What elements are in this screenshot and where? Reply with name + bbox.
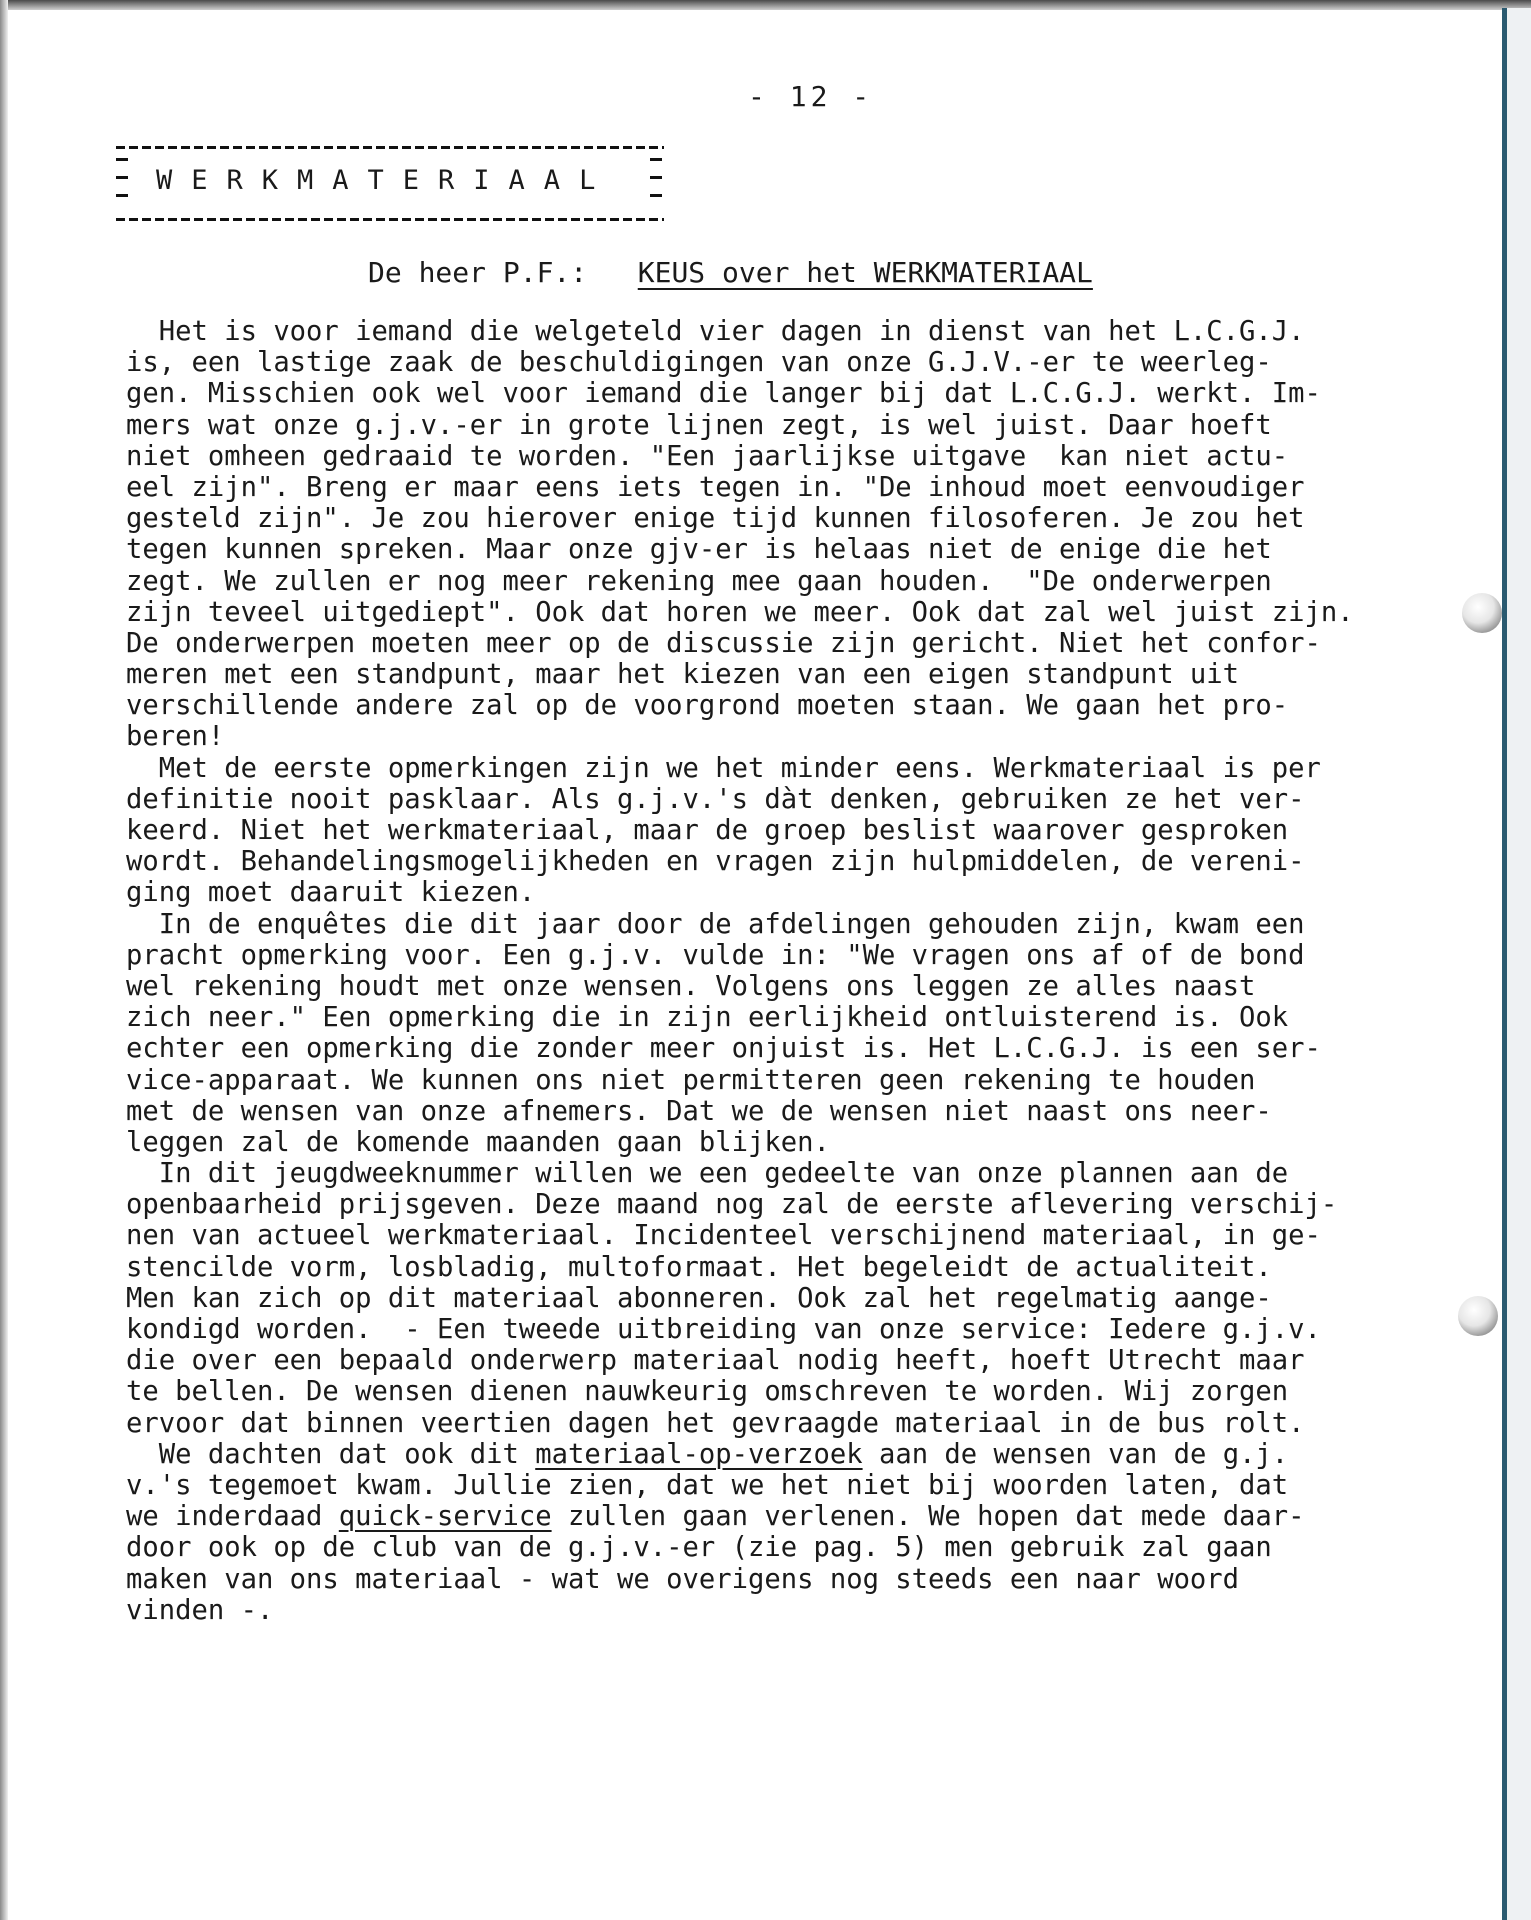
text-line: mers wat onze g.j.v.-er in grote lijnen … bbox=[126, 410, 1516, 441]
section-header-box: WERKMATERIAAL bbox=[116, 138, 664, 224]
scan-top-edge bbox=[0, 0, 1531, 10]
byline-author: De heer P.F.: bbox=[368, 256, 587, 289]
text-line: De onderwerpen moeten meer op de discuss… bbox=[126, 628, 1516, 659]
paragraph: Met de eerste opmerkingen zijn we het mi… bbox=[126, 753, 1516, 909]
article-body: Het is voor iemand die welgeteld vier da… bbox=[126, 316, 1516, 1626]
text-line: stencilde vorm, losbladig, multoformaat.… bbox=[126, 1252, 1516, 1283]
text-line: zegt. We zullen er nog meer rekening mee… bbox=[126, 566, 1516, 597]
text-line: We dachten dat ook dit materiaal-op-verz… bbox=[126, 1439, 1516, 1470]
text-line: meren met een standpunt, maar het kiezen… bbox=[126, 659, 1516, 690]
section-title: WERKMATERIAAL bbox=[156, 165, 614, 196]
text-line: definitie nooit pasklaar. Als g.j.v.'s d… bbox=[126, 784, 1516, 815]
text-line: niet omheen gedraaid te worden. "Een jaa… bbox=[126, 441, 1516, 472]
text-line: zijn teveel uitgediept". Ook dat horen w… bbox=[126, 597, 1516, 628]
text-line: is, een lastige zaak de beschuldigingen … bbox=[126, 347, 1516, 378]
text-line: Met de eerste opmerkingen zijn we het mi… bbox=[126, 753, 1516, 784]
text-line: beren! bbox=[126, 721, 1516, 752]
text-line: v.'s tegemoet kwam. Jullie zien, dat we … bbox=[126, 1470, 1516, 1501]
text-line: Men kan zich op dit materiaal abonneren.… bbox=[126, 1283, 1516, 1314]
article-title: KEUS over het WERKMATERIAAL bbox=[638, 256, 1093, 289]
dashed-rule bbox=[116, 218, 664, 221]
text-line: tegen kunnen spreken. Maar onze gjv-er i… bbox=[126, 534, 1516, 565]
paragraph: In dit jeugdweeknummer willen we een ged… bbox=[126, 1158, 1516, 1439]
underlined-term: quick-service bbox=[339, 1501, 552, 1532]
text-line: wordt. Behandelingsmogelijkheden en vrag… bbox=[126, 846, 1516, 877]
text-line: maken van ons materiaal - wat we overige… bbox=[126, 1564, 1516, 1595]
text-line: zich neer." Een opmerking die in zijn ee… bbox=[126, 1002, 1516, 1033]
side-dashes bbox=[650, 158, 664, 214]
text-line: vice-apparaat. We kunnen ons niet permit… bbox=[126, 1065, 1516, 1096]
scan-left-edge bbox=[0, 0, 8, 1920]
text-line: pracht opmerking voor. Een g.j.v. vulde … bbox=[126, 940, 1516, 971]
paragraph: Het is voor iemand die welgeteld vier da… bbox=[126, 316, 1516, 753]
paragraph: In de enquêtes die dit jaar door de afde… bbox=[126, 909, 1516, 1159]
text-line: verschillende andere zal op de voorgrond… bbox=[126, 690, 1516, 721]
text-line: nen van actueel werkmateriaal. Incidente… bbox=[126, 1220, 1516, 1251]
text-line: echter een opmerking die zonder meer onj… bbox=[126, 1033, 1516, 1064]
side-dashes bbox=[116, 158, 130, 214]
paragraph: We dachten dat ook dit materiaal-op-verz… bbox=[126, 1439, 1516, 1626]
text-line: vinden -. bbox=[126, 1595, 1516, 1626]
dashed-rule bbox=[116, 146, 664, 149]
text-line: Het is voor iemand die welgeteld vier da… bbox=[126, 316, 1516, 347]
article-byline: De heer P.F.: KEUS over het WERKMATERIAA… bbox=[368, 256, 1093, 289]
binder-hole-icon bbox=[1458, 1296, 1498, 1336]
text-line: die over een bepaald onderwerp materiaal… bbox=[126, 1345, 1516, 1376]
text-line: ging moet daaruit kiezen. bbox=[126, 877, 1516, 908]
text-line: In dit jeugdweeknummer willen we een ged… bbox=[126, 1158, 1516, 1189]
underlined-term: materiaal-op-verzoek bbox=[535, 1439, 862, 1470]
binder-hole-icon bbox=[1462, 593, 1502, 633]
text-line: gesteld zijn". Je zou hierover enige tij… bbox=[126, 503, 1516, 534]
text-line: keerd. Niet het werkmateriaal, maar de g… bbox=[126, 815, 1516, 846]
page-number: - 12 - bbox=[748, 80, 873, 113]
text-line: we inderdaad quick-service zullen gaan v… bbox=[126, 1501, 1516, 1532]
text-line: met de wensen van onze afnemers. Dat we … bbox=[126, 1096, 1516, 1127]
text-line: gen. Misschien ook wel voor iemand die l… bbox=[126, 378, 1516, 409]
text-line: door ook op de club van de g.j.v.-er (zi… bbox=[126, 1532, 1516, 1563]
text-line: te bellen. De wensen dienen nauwkeurig o… bbox=[126, 1376, 1516, 1407]
text-line: leggen zal de komende maanden gaan blijk… bbox=[126, 1127, 1516, 1158]
text-line: openbaarheid prijsgeven. Deze maand nog … bbox=[126, 1189, 1516, 1220]
text-line: wel rekening houdt met onze wensen. Volg… bbox=[126, 971, 1516, 1002]
text-line: ervoor dat binnen veertien dagen het gev… bbox=[126, 1408, 1516, 1439]
text-line: In de enquêtes die dit jaar door de afde… bbox=[126, 909, 1516, 940]
text-line: eel zijn". Breng er maar eens iets tegen… bbox=[126, 472, 1516, 503]
document-page: - 12 - WERKMATERIAAL De heer P.F.: KEUS … bbox=[8, 10, 1502, 1920]
text-line: kondigd worden. - Een tweede uitbreiding… bbox=[126, 1314, 1516, 1345]
